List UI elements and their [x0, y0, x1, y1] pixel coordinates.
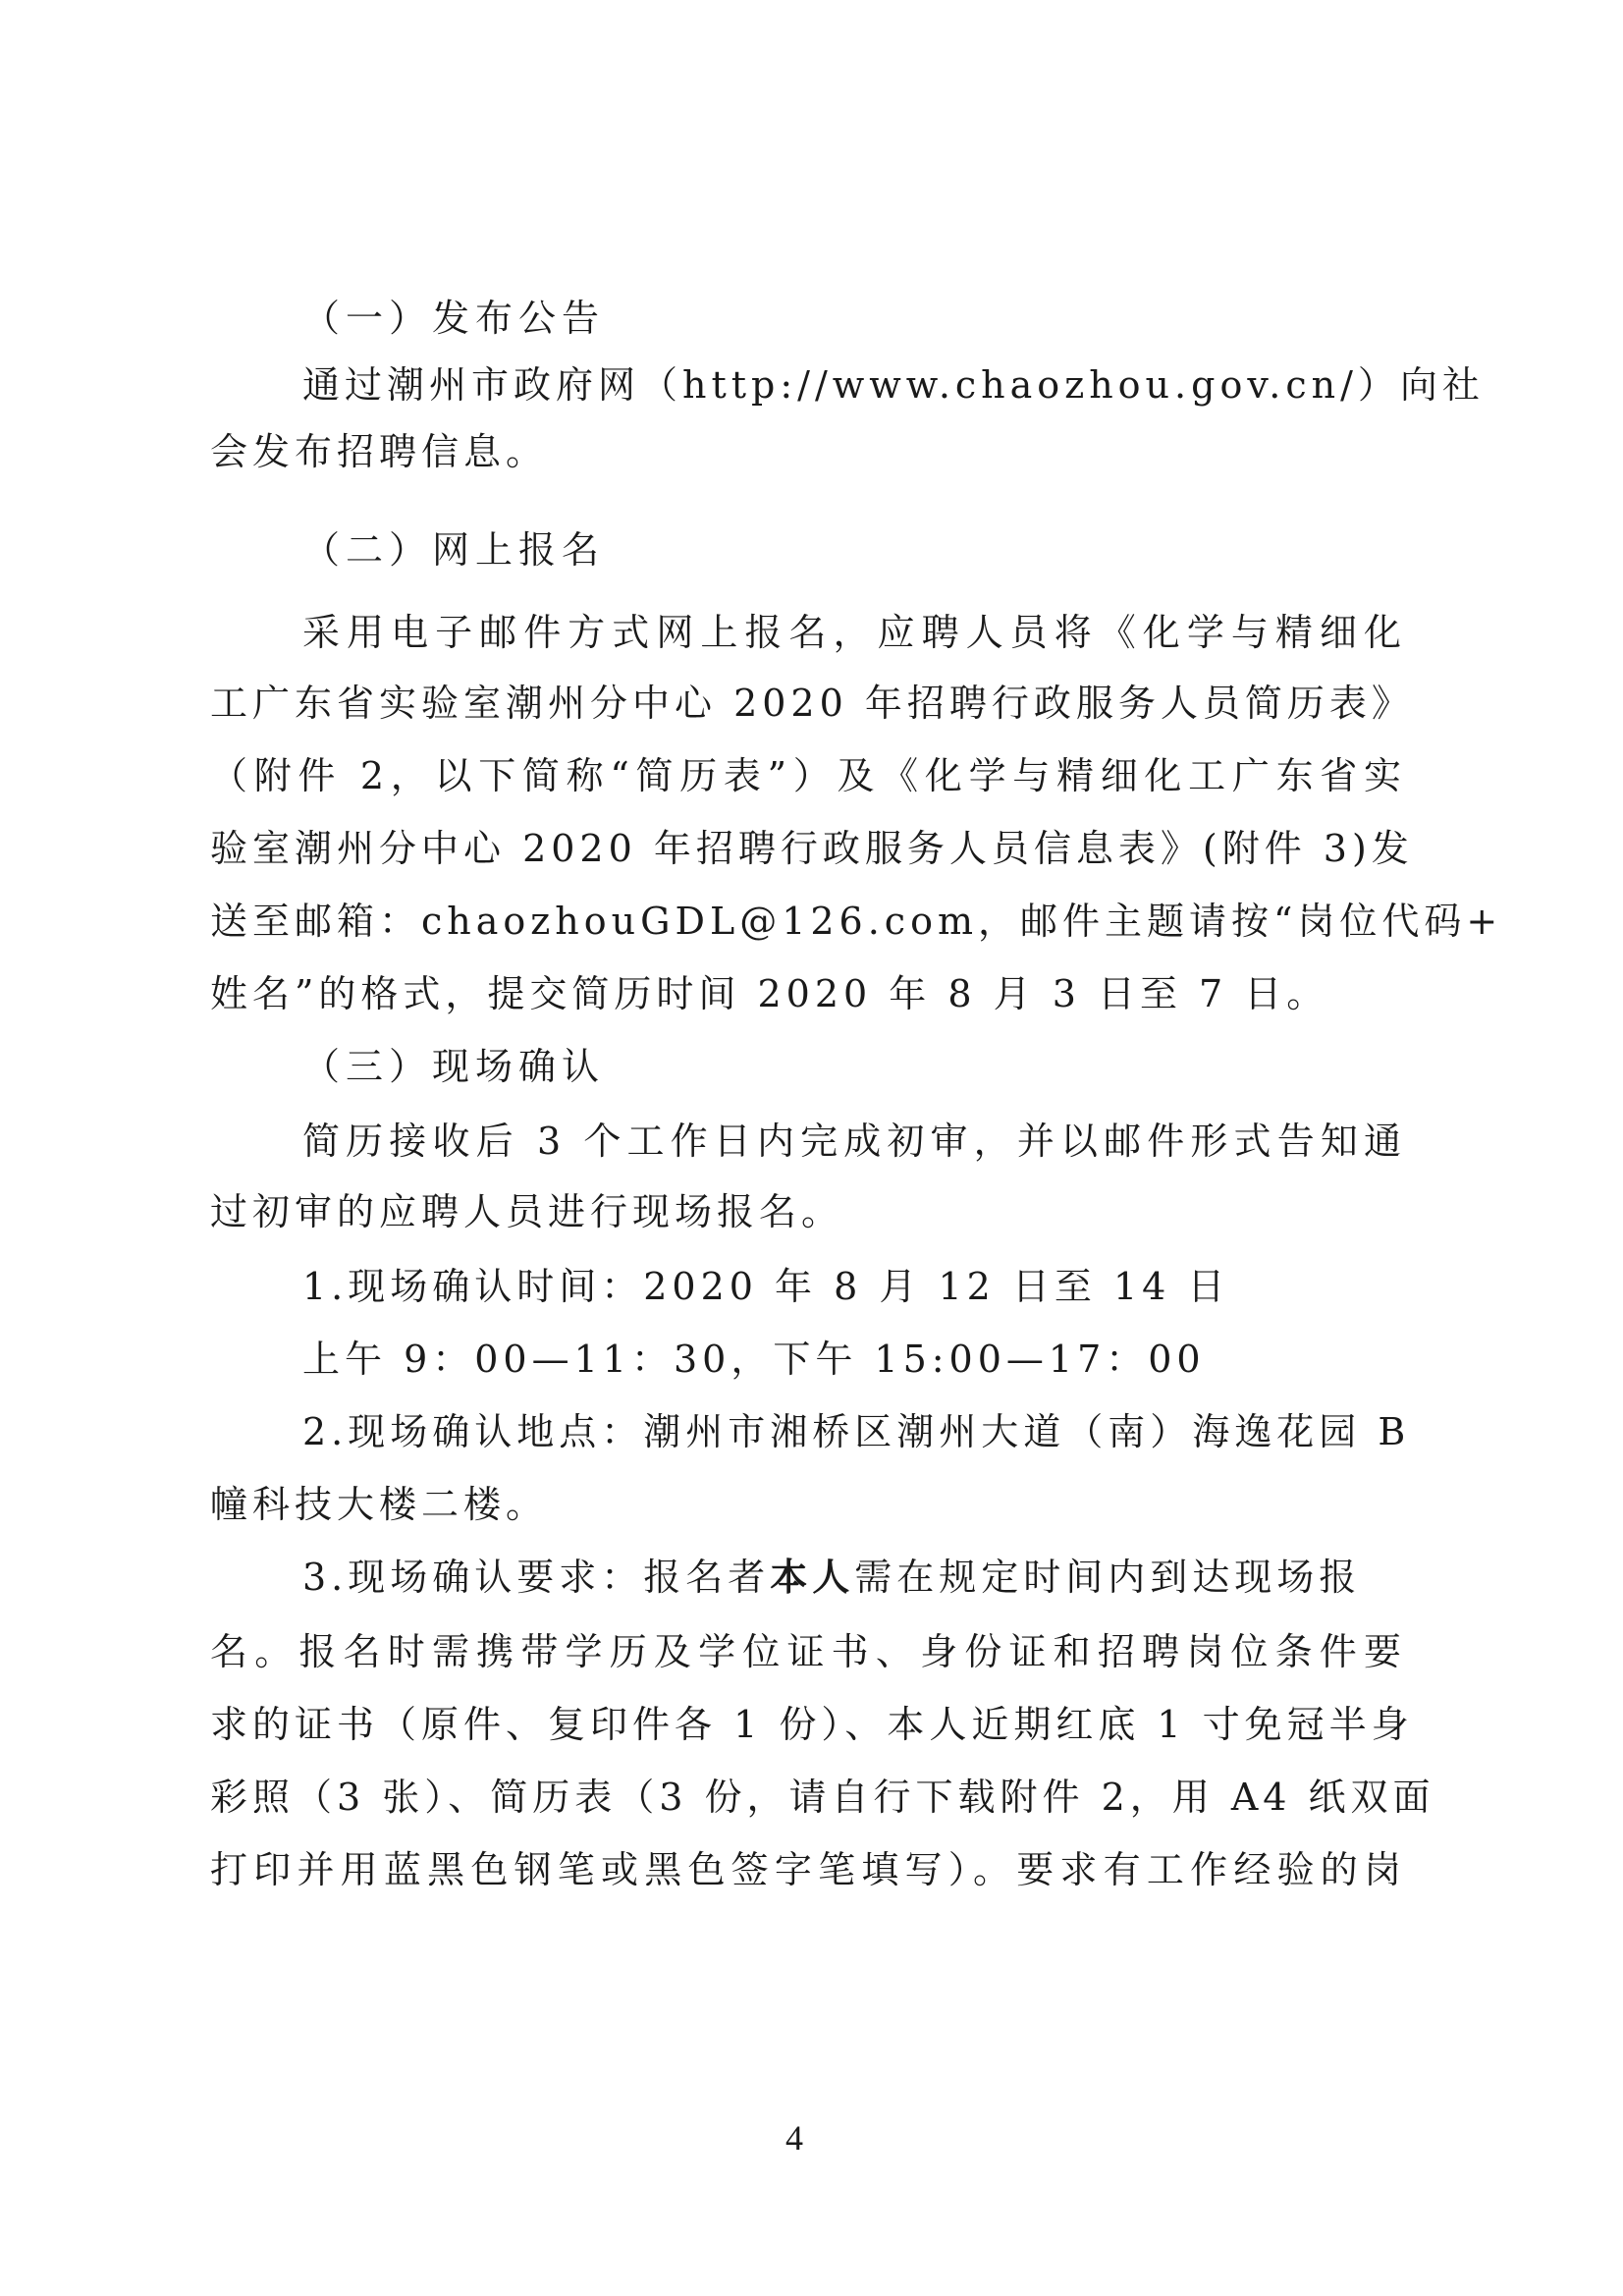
paragraph-line: 幢科技大楼二楼。 — [210, 1481, 548, 1528]
paragraph-line: （附件 2，以下简称“简历表”）及《化学与精细化工广东省实 — [210, 752, 1406, 799]
paragraph-line: 姓名”的格式，提交简历时间 2020 年 8 月 3 日至 7 日。 — [210, 970, 1328, 1017]
requirements-emphasis: 本人 — [770, 1555, 854, 1599]
paragraph-line: 工广东省实验室潮州分中心 2020 年招聘行政服务人员简历表》 — [210, 680, 1406, 727]
requirements-prefix: 3.现场确认要求：报名者 — [302, 1556, 770, 1599]
paragraph-line: 名。报名时需携带学历及学位证书、身份证和招聘岗位条件要 — [210, 1628, 1406, 1675]
section-heading-publish-notice: （一）发布公告 — [302, 295, 605, 342]
confirmation-hours-line: 上午 9：00—11：30，下午 15:00—17：00 — [302, 1336, 1206, 1383]
document-page: （一）发布公告 通过潮州市政府网（http://www.chaozhou.gov… — [0, 0, 1623, 2296]
confirmation-location-line: 2.现场确认地点：潮州市湘桥区潮州大道（南）海逸花园 B — [302, 1408, 1406, 1455]
section-heading-onsite-confirmation: （三）现场确认 — [302, 1043, 605, 1090]
paragraph-line: 打印并用蓝黑色钢笔或黑色签字笔填写）。要求有工作经验的岗 — [210, 1846, 1406, 1893]
paragraph-line: 简历接收后 3 个工作日内完成初审，并以邮件形式告知通 — [302, 1118, 1406, 1165]
paragraph-line: 通过潮州市政府网（http://www.chaozhou.gov.cn/）向社 — [302, 361, 1406, 409]
page-number: 4 — [785, 2117, 803, 2159]
confirmation-requirements-line: 3.现场确认要求：报名者本人需在规定时间内到达现场报 — [302, 1554, 1406, 1601]
paragraph-line-email: 送至邮箱：chaozhouGDL@126.com，邮件主题请按“岗位代码+ — [210, 898, 1406, 945]
section-heading-online-registration: （二）网上报名 — [302, 526, 605, 574]
paragraph-line: 彩照（3 张）、简历表（3 份，请自行下载附件 2，用 A4 纸双面 — [210, 1774, 1406, 1821]
paragraph-line: 求的证书（原件、复印件各 1 份）、本人近期红底 1 寸免冠半身 — [210, 1701, 1406, 1748]
paragraph-line: 会发布招聘信息。 — [210, 428, 548, 475]
paragraph-line: 验室潮州分中心 2020 年招聘行政服务人员信息表》(附件 3)发 — [210, 825, 1406, 872]
confirmation-time-line: 1.现场确认时间：2020 年 8 月 12 日至 14 日 — [302, 1263, 1229, 1310]
paragraph-line: 过初审的应聘人员进行现场报名。 — [210, 1188, 843, 1235]
requirements-suffix: 需在规定时间内到达现场报 — [854, 1556, 1361, 1599]
paragraph-line: 采用电子邮件方式网上报名，应聘人员将《化学与精细化 — [302, 609, 1406, 656]
